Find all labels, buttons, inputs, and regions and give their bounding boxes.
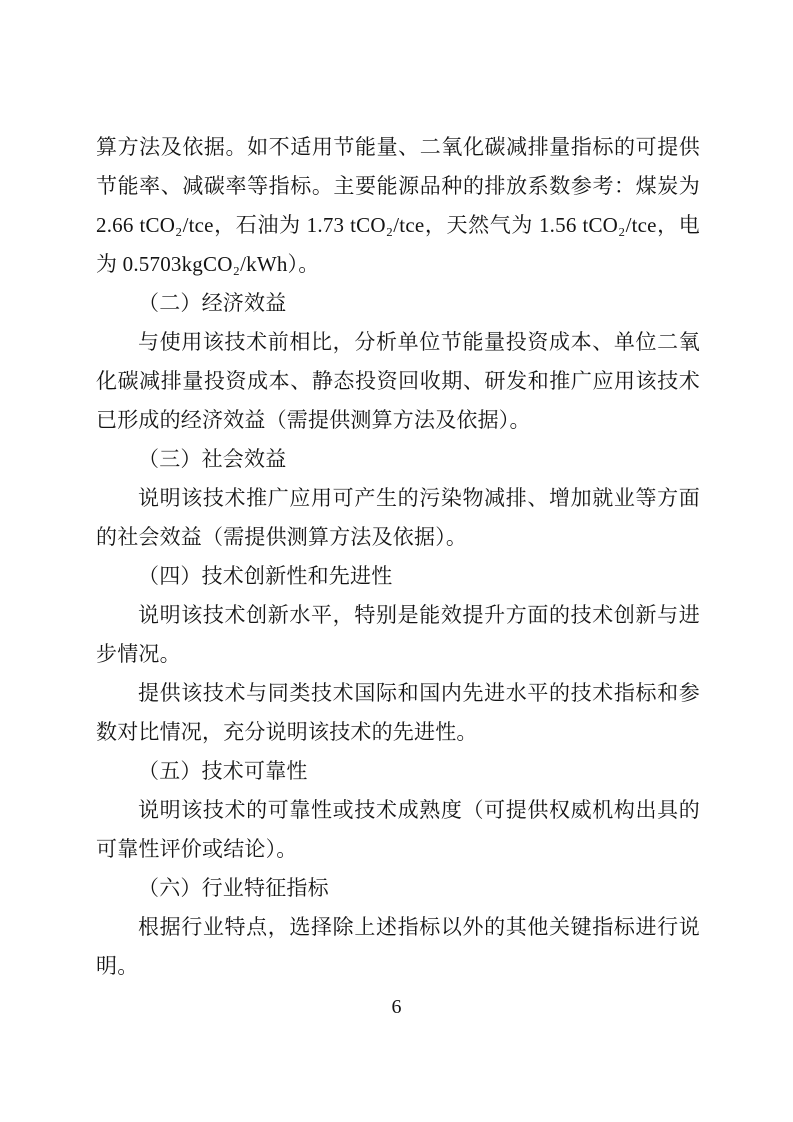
paragraph: 与使用该技术前相比，分析单位节能量投资成本、单位二氧化碳减排量投资成本、静态投资… — [96, 323, 700, 440]
section-heading: （二）经济效益 — [96, 284, 700, 323]
paragraph: 提供该技术与同类技术国际和国内先进水平的技术指标和参数对比情况，充分说明该技术的… — [96, 674, 700, 752]
paragraph: 说明该技术创新水平，特别是能效提升方面的技术创新与进步情况。 — [96, 596, 700, 674]
section-heading: （六）行业特征指标 — [96, 869, 700, 908]
page-number: 6 — [0, 994, 793, 1020]
paragraph: 根据行业特点，选择除上述指标以外的其他关键指标进行说明。 — [96, 908, 700, 986]
paragraph: 算方法及依据。如不适用节能量、二氧化碳减排量指标的可提供节能率、减碳率等指标。主… — [96, 128, 700, 284]
section-heading: （四）技术创新性和先进性 — [96, 557, 700, 596]
document-page: 算方法及依据。如不适用节能量、二氧化碳减排量指标的可提供节能率、减碳率等指标。主… — [0, 0, 793, 1122]
paragraph: 说明该技术的可靠性或技术成熟度（可提供权威机构出具的可靠性评价或结论）。 — [96, 791, 700, 869]
paragraph: 说明该技术推广应用可产生的污染物减排、增加就业等方面的社会效益（需提供测算方法及… — [96, 479, 700, 557]
document-body: 算方法及依据。如不适用节能量、二氧化碳减排量指标的可提供节能率、减碳率等指标。主… — [96, 128, 700, 986]
section-heading: （五）技术可靠性 — [96, 752, 700, 791]
section-heading: （三）社会效益 — [96, 440, 700, 479]
